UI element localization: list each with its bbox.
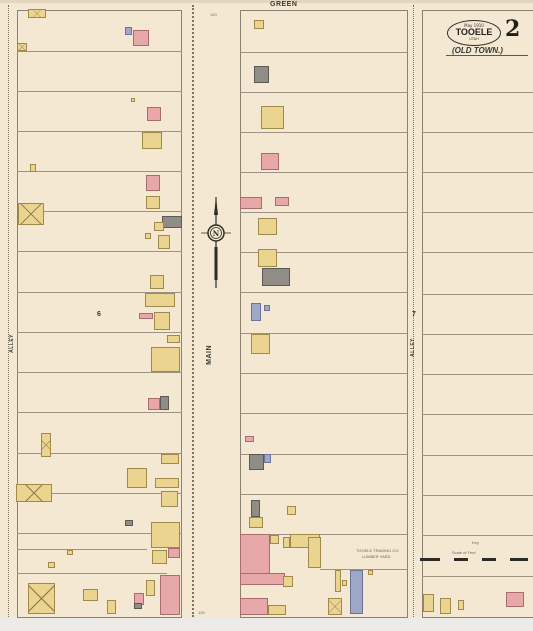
building-brick — [168, 548, 180, 558]
building-stone — [264, 454, 271, 463]
building-frame — [145, 233, 151, 239]
annotation-key: Key — [472, 540, 479, 545]
building-frame — [283, 537, 290, 548]
building-frame-dwelling — [251, 334, 270, 354]
lot-line — [240, 494, 408, 495]
building-frame — [131, 98, 135, 102]
building-iron — [134, 603, 142, 609]
lot-line — [17, 573, 167, 574]
lot-line — [240, 172, 408, 173]
map-state: UTAH — [448, 37, 500, 41]
building-shed — [18, 203, 44, 225]
building-frame — [283, 576, 293, 587]
lot-line — [240, 292, 408, 293]
lot-line — [17, 372, 182, 373]
building-frame — [368, 570, 373, 575]
building-shed — [328, 598, 342, 615]
lot-line — [17, 549, 147, 550]
lot-line — [422, 294, 533, 295]
building-shed — [28, 9, 46, 18]
building-frame-lumber-shed — [308, 537, 321, 568]
building-frame-store — [151, 347, 180, 372]
building-shed — [41, 433, 51, 457]
building-frame — [154, 222, 164, 231]
building-frame-dwelling — [258, 218, 277, 235]
lot-line — [17, 51, 182, 52]
building-frame — [48, 562, 55, 568]
lot-line — [422, 212, 533, 213]
lot-line — [422, 374, 533, 375]
title-cartouche: May 1910 TOOELE UTAH — [447, 20, 501, 46]
lot-line — [240, 92, 408, 93]
annotation-tooele-trading: TOOELE TRADING CO. — [356, 548, 399, 553]
building-iron — [125, 520, 133, 526]
lot-line — [240, 373, 408, 374]
lot-line — [17, 412, 182, 413]
building-iron-shed — [162, 216, 182, 228]
building-iron — [251, 500, 260, 517]
corner-number-bottom: 120 — [198, 610, 205, 615]
building-frame — [249, 517, 263, 528]
building-frame-dwelling — [158, 235, 170, 249]
building-frame-dwelling — [150, 275, 164, 289]
north-arrow-compass-icon: N — [200, 195, 232, 290]
building-brick-dwelling — [133, 30, 149, 46]
building-brick-dwelling — [147, 107, 161, 121]
lot-line — [422, 414, 533, 415]
lot-line — [422, 535, 533, 536]
building-frame-dwelling — [154, 312, 170, 330]
building-shed — [16, 484, 52, 502]
building-frame — [254, 20, 264, 29]
lot-line — [17, 251, 182, 252]
sanborn-map-sheet: GREEN VINE MAIN ALLEY ALLEY 6 7 1 120 12… — [0, 0, 533, 631]
lot-line — [422, 455, 533, 456]
building-brick-store-row — [160, 575, 180, 615]
building-iron — [249, 454, 264, 470]
lot-line — [422, 576, 533, 577]
building-brick-dwelling — [146, 175, 160, 191]
lot-line — [422, 132, 533, 133]
lot-line — [17, 91, 182, 92]
building-shed — [17, 43, 27, 51]
street-label-east-alley: ALLEY — [410, 338, 416, 357]
building-frame — [268, 605, 286, 615]
building-frame-dwelling — [440, 598, 451, 614]
corner-number-top: 120 — [210, 12, 217, 17]
scale-bar — [420, 558, 528, 561]
building-frame — [167, 335, 180, 343]
building-frame — [342, 580, 347, 586]
building-frame — [335, 570, 341, 592]
street-label-green: GREEN — [270, 1, 297, 8]
sheet-number: 2 — [505, 16, 520, 42]
svg-text:N: N — [213, 229, 220, 238]
street-label-main: MAIN — [206, 345, 213, 365]
building-brick — [245, 436, 254, 442]
block-main-east — [240, 10, 408, 618]
building-brick-block — [240, 534, 270, 574]
annotation-scale: Scale of Feet — [452, 550, 476, 555]
building-frame-store — [151, 522, 180, 548]
lot-line — [17, 171, 182, 172]
building-frame-dwelling — [146, 196, 160, 209]
building-frame-dwelling — [261, 106, 284, 129]
building-frame-dwelling — [258, 249, 277, 267]
building-frame — [30, 164, 36, 172]
building-frame — [161, 454, 179, 464]
building-stone — [264, 305, 270, 311]
lot-line — [240, 212, 408, 213]
map-subtitle: (OLD TOWN.) — [452, 46, 503, 55]
lot-line — [320, 569, 408, 570]
sheet-top-edge — [0, 0, 533, 3]
building-stone-warehouse — [350, 570, 363, 614]
lot-line — [240, 413, 408, 414]
lot-line — [422, 495, 533, 496]
building-frame — [161, 491, 178, 507]
lot-line — [422, 92, 533, 93]
map-city: TOOELE — [448, 28, 500, 37]
building-frame — [107, 600, 116, 614]
building-frame — [155, 478, 179, 488]
sheet-bottom-margin — [0, 618, 533, 631]
building-brick-store — [275, 197, 289, 206]
building-iron-warehouse — [262, 268, 290, 286]
block-7 — [422, 10, 533, 618]
building-frame — [152, 550, 167, 564]
building-frame — [146, 580, 155, 596]
lot-line — [240, 132, 408, 133]
building-iron — [160, 396, 169, 410]
building-frame — [270, 535, 279, 544]
block-number-east: 7 — [412, 311, 416, 318]
building-frame-store — [145, 293, 175, 307]
building-stone — [251, 303, 261, 321]
building-iron — [254, 66, 269, 83]
street-label-west-alley: ALLEY — [9, 334, 15, 353]
building-brick-dwelling — [506, 592, 524, 607]
building-brick-store — [240, 197, 262, 209]
building-frame — [287, 506, 296, 515]
west-edge-pipe-line — [8, 5, 9, 617]
lot-line — [422, 334, 533, 335]
lot-line — [422, 172, 533, 173]
block-number-west: 6 — [97, 311, 101, 318]
building-frame-dwelling — [142, 132, 162, 149]
building-stone — [125, 27, 132, 35]
building-shed — [28, 583, 55, 614]
building-brick — [240, 598, 268, 615]
subtitle-underline — [446, 55, 528, 56]
main-street-pipe-line — [192, 5, 194, 617]
lot-line — [17, 332, 182, 333]
building-brick — [139, 313, 153, 319]
building-brick — [261, 153, 279, 170]
building-frame — [67, 550, 73, 555]
building-brick — [240, 573, 285, 585]
building-frame — [458, 600, 464, 610]
building-frame-dwelling — [83, 589, 98, 601]
building-frame-dwelling — [127, 468, 147, 488]
building-frame-dwelling — [423, 594, 434, 612]
building-brick — [148, 398, 160, 410]
lot-line — [240, 52, 408, 53]
annotation-lumber-yard: LUMBER YARD — [362, 554, 391, 559]
lot-line — [422, 252, 533, 253]
